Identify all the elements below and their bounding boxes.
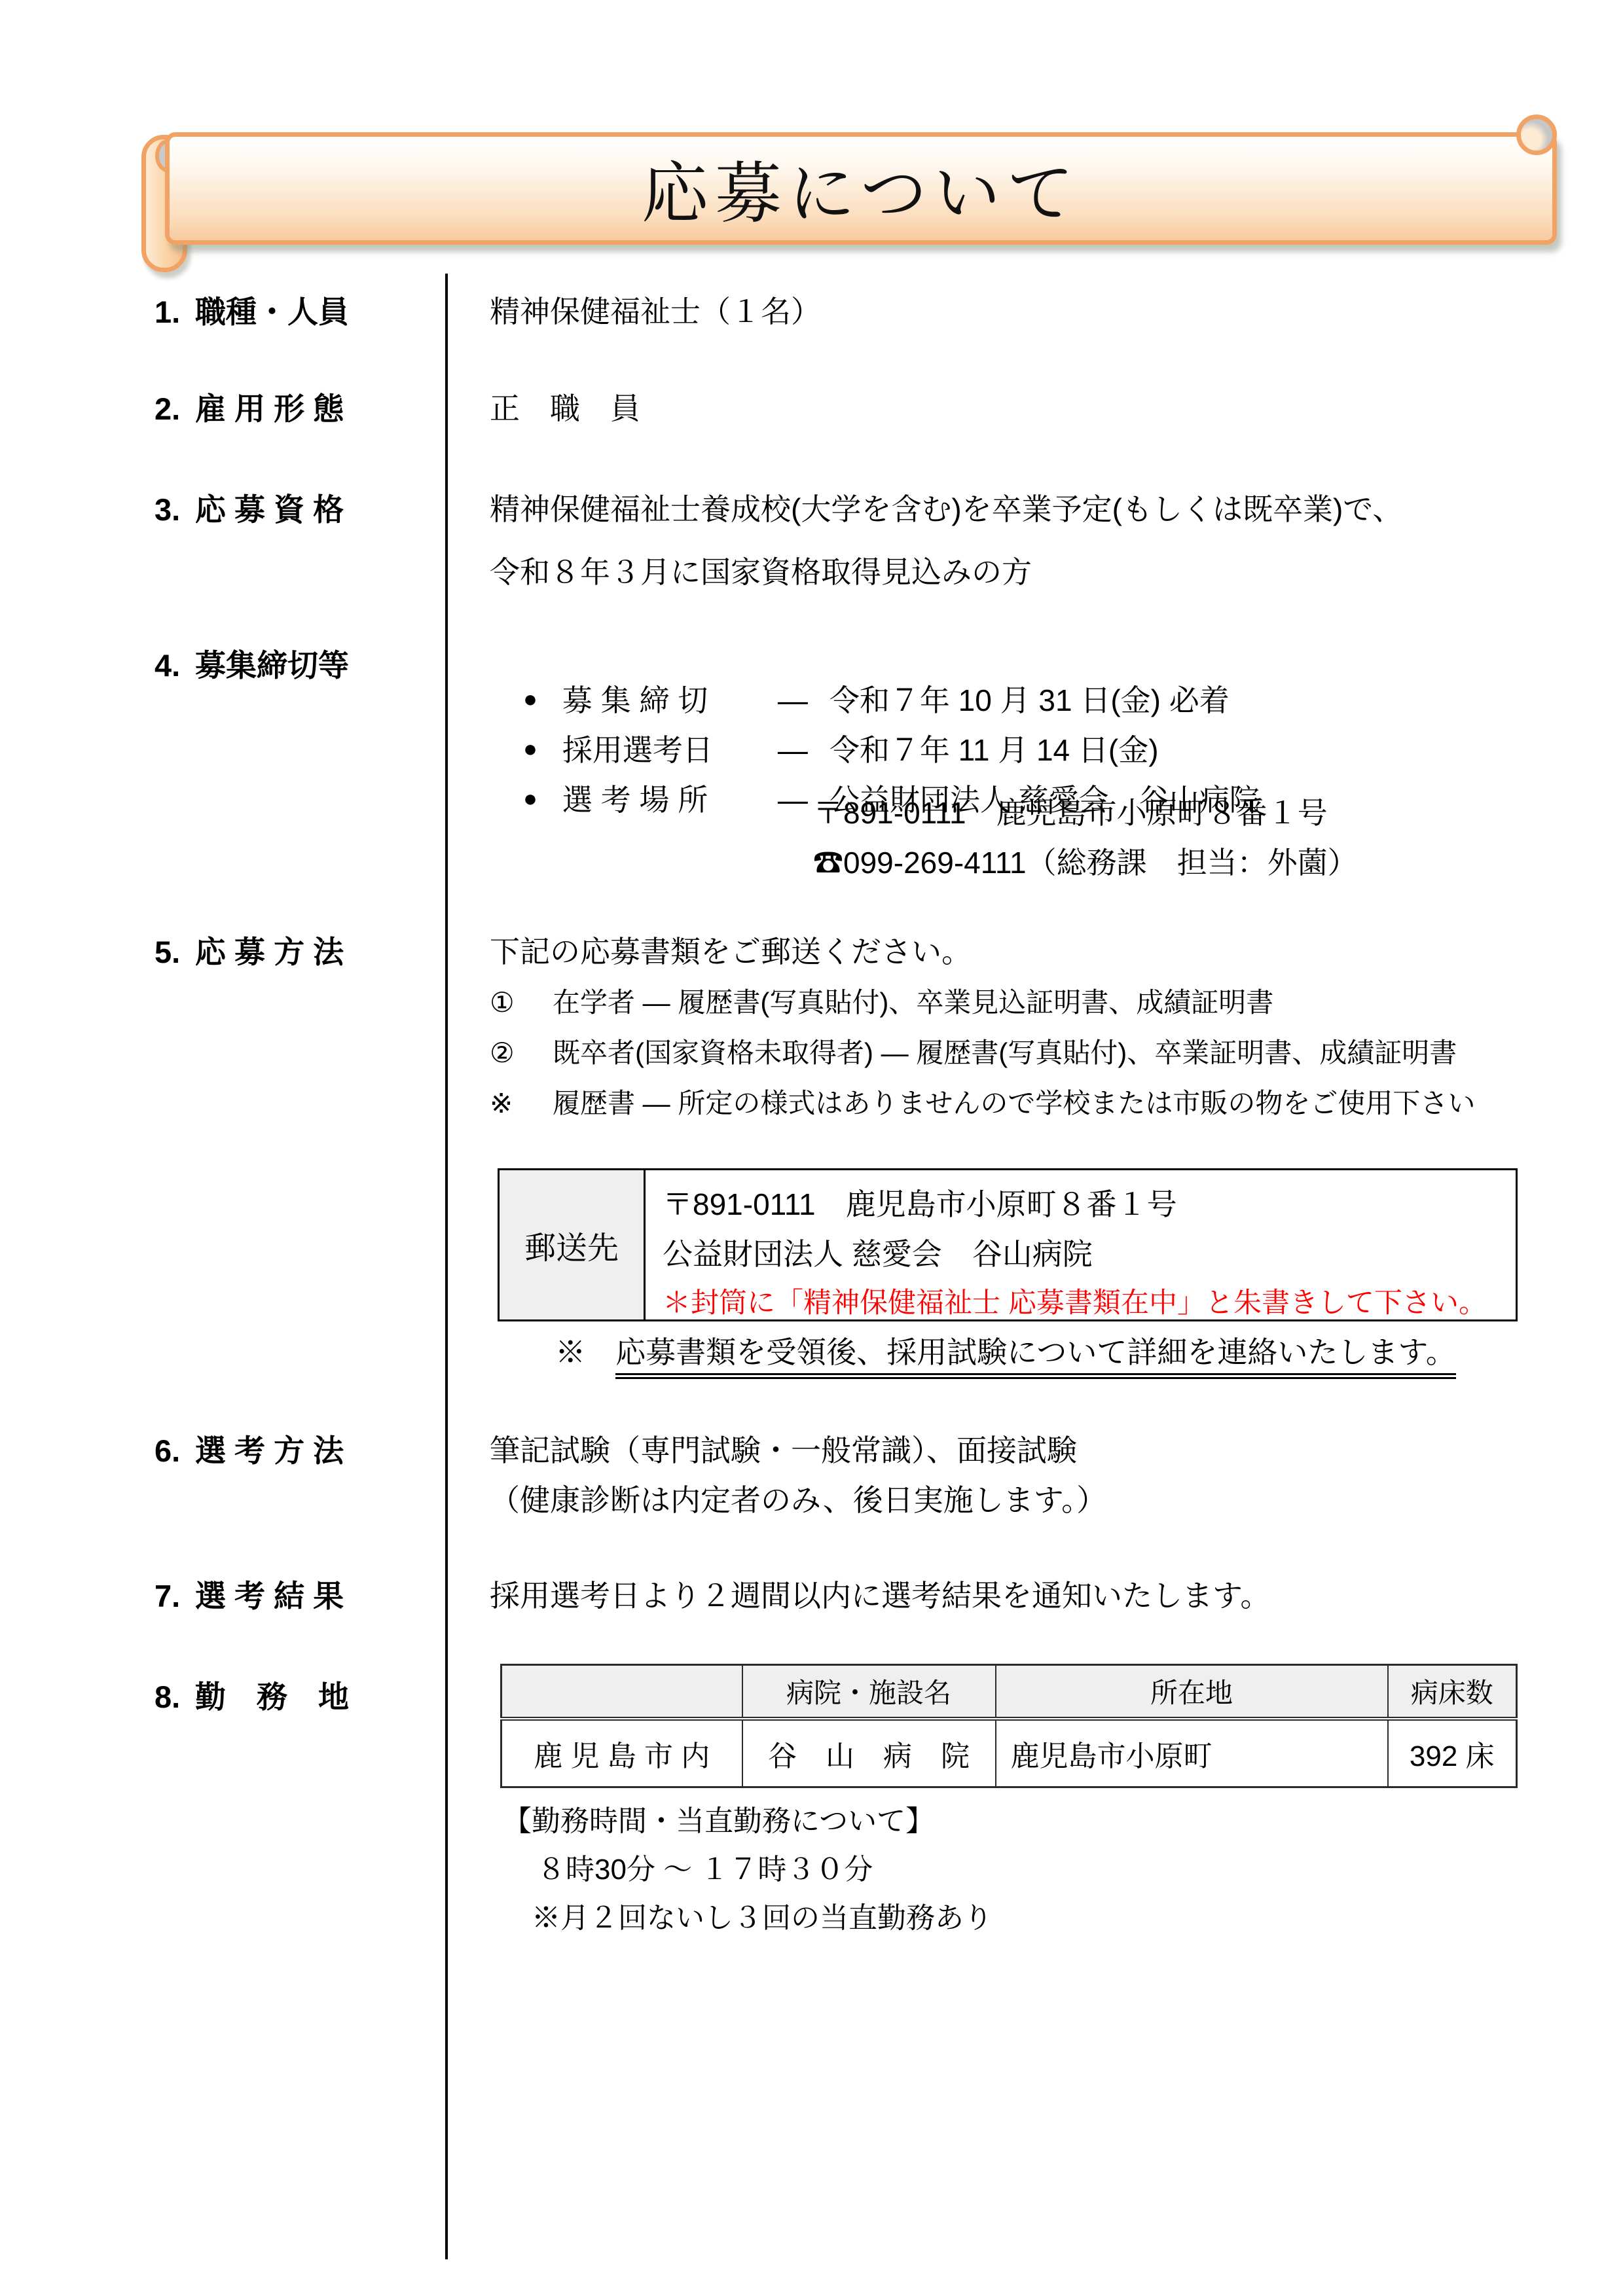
mailing-postal-line: 〒891-0111 鹿児島市小原町８番１号	[663, 1179, 1516, 1229]
cell-location: 鹿児島市小原町	[996, 1719, 1388, 1787]
application-item-note: ※履歴書 ― 所定の様式はありませんので学校または市販の物をご使用下さい	[490, 1082, 1475, 1121]
section-6-number: 6.	[155, 1433, 195, 1469]
cell-area: 鹿 児 島 市 内	[501, 1719, 742, 1787]
header-bed-count: 病床数	[1388, 1665, 1517, 1719]
section-4-number: 4.	[155, 647, 195, 683]
receipt-followup-note: ※ 応募書類を受領後、採用試験について詳細を連絡いたします。	[498, 1329, 1514, 1372]
section-1-content: 精神保健福祉士（１名）	[490, 288, 821, 331]
reference-mark-icon: ※	[490, 1087, 553, 1119]
mailing-org-line: 公益財団法人 慈愛会 谷山病院	[663, 1229, 1516, 1279]
section-6-content-line1: 筆記試験（専門試験・一般常識）、面接試験	[490, 1427, 1077, 1470]
application-item-2: ②既卒者(国家資格未取得者) ― 履歴書(写真貼付)、卒業証明書、成績証明書	[490, 1031, 1457, 1071]
work-table-row: 鹿 児 島 市 内 谷 山 病 院 鹿児島市小原町 392 床	[501, 1719, 1517, 1787]
document-page: 応募について 1.職種・人員 精神保健福祉士（１名） 2.雇 用 形 態 正 職…	[0, 0, 1623, 2296]
night-duty-note: ※月２回ないし３回の当直勤務あり	[532, 1894, 993, 1936]
section-3-content-line1: 精神保健福祉士養成校(大学を含む)を卒業予定(もしくは既卒業)で、	[490, 486, 1402, 529]
work-location-table: 病院・施設名 所在地 病床数 鹿 児 島 市 内 谷 山 病 院 鹿児島市小原町…	[500, 1664, 1518, 1788]
reference-mark-icon: ※	[555, 1335, 615, 1369]
mailing-address-body: 〒891-0111 鹿児島市小原町８番１号 公益財団法人 慈愛会 谷山病院 ＊封…	[646, 1170, 1516, 1319]
mailing-address-label: 郵送先	[500, 1170, 646, 1319]
work-table-header-row: 病院・施設名 所在地 病床数	[501, 1665, 1517, 1719]
venue-phone: ☎099-269-4111（総務課 担当：外薗）	[813, 839, 1358, 882]
section-1-number: 1.	[155, 294, 195, 330]
section-7-label: 7.選 考 結 果	[155, 1572, 344, 1616]
application-item-1: ①在学者 ― 履歴書(写真貼付)、卒業見込証明書、成績証明書	[490, 981, 1273, 1020]
section-2-number: 2.	[155, 391, 195, 427]
mailing-address-box: 郵送先 〒891-0111 鹿児島市小原町８番１号 公益財団法人 慈愛会 谷山病…	[498, 1168, 1518, 1321]
circled-2-icon: ②	[490, 1037, 553, 1069]
section-5-number: 5.	[155, 934, 195, 970]
header-area	[501, 1665, 742, 1719]
section-3-number: 3.	[155, 492, 195, 528]
envelope-red-note: ＊封筒に「精神保健福祉士 応募書類在中」と朱書きして下さい。	[663, 1279, 1516, 1327]
section-2-label: 2.雇 用 形 態	[155, 385, 344, 429]
section-3-content-line2: 令和８年３月に国家資格取得見込みの方	[490, 548, 1032, 592]
section-6-content-line2: （健康診断は内定者のみ、後日実施します。）	[490, 1477, 1106, 1520]
bullet-icon: ●	[523, 785, 538, 812]
banner-scroll-nub-icon	[1516, 115, 1557, 155]
section-2-content: 正 職 員	[490, 385, 640, 428]
section-3-label: 3.応 募 資 格	[155, 486, 344, 529]
header-location: 所在地	[996, 1665, 1388, 1719]
section-8-label: 8.勤 務 地	[155, 1673, 349, 1717]
page-title: 応募について	[642, 141, 1080, 236]
circled-1-icon: ①	[490, 986, 553, 1018]
header-facility-name: 病院・施設名	[742, 1665, 996, 1719]
section-7-number: 7.	[155, 1578, 195, 1614]
work-hours-value: ８時30分 ～ １７時３０分	[537, 1846, 873, 1888]
section-6-label: 6.選 考 方 法	[155, 1427, 344, 1471]
work-hours-heading: 【勤務時間・当直勤務について】	[503, 1797, 934, 1839]
title-banner: 応募について	[165, 132, 1557, 245]
cell-bed-count: 392 床	[1388, 1719, 1517, 1787]
section-5-label: 5.応 募 方 法	[155, 928, 344, 972]
section-4-label: 4.募集締切等	[155, 641, 349, 685]
section-8-number: 8.	[155, 1679, 195, 1715]
section-7-content: 採用選考日より２週間以内に選考結果を通知いたします。	[490, 1572, 1270, 1615]
section-1-label: 1.職種・人員	[155, 288, 349, 332]
application-intro: 下記の応募書類をご郵送ください。	[490, 928, 972, 971]
cell-facility-name: 谷 山 病 院	[742, 1719, 996, 1787]
section-divider-line	[445, 274, 448, 2259]
venue-postal-address: 〒891-0111 鹿児島市小原町８番１号	[813, 789, 1328, 833]
